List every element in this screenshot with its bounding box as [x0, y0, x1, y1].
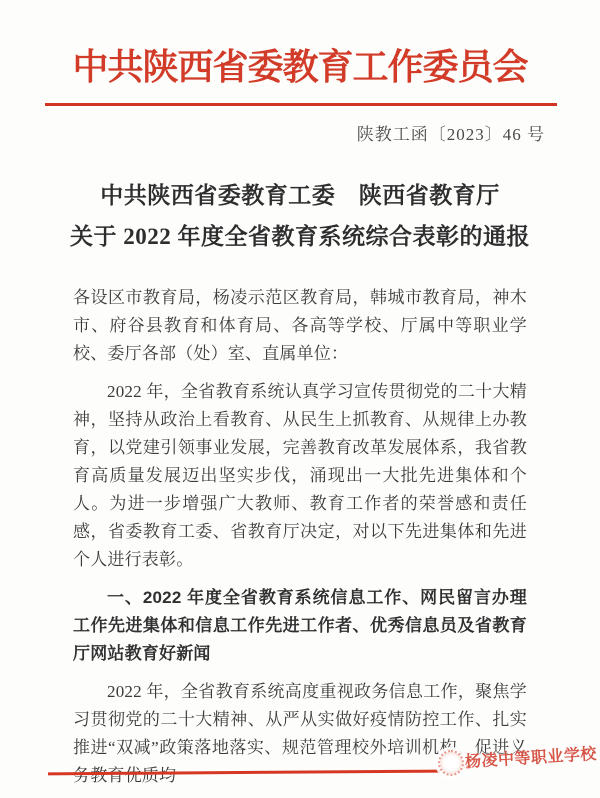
letterhead-divider [45, 103, 557, 106]
document-body: 各设区市教育局，杨凌示范区教育局，韩城市教育局，神木市、府谷县教育和体育局、各高… [0, 284, 600, 790]
section-heading: 一、2022 年度全省教育系统信息工作、网民留言办理工作先进集体和信息工作先进工… [73, 584, 527, 668]
document-title-line1: 中共陕西省委教育工委 陕西省教育厅 [0, 175, 600, 216]
letterhead-title: 中共陕西省委教育工作委员会 [0, 0, 600, 90]
document-title: 中共陕西省委教育工委 陕西省教育厅 关于 2022 年度全省教育系统综合表彰的通… [0, 175, 600, 257]
document-number: 陕教工函〔2023〕46 号 [0, 124, 545, 145]
document-title-line2: 关于 2022 年度全省教育系统综合表彰的通报 [0, 216, 600, 257]
school-seal-icon [438, 750, 464, 776]
salutation-paragraph: 各设区市教育局，杨凌示范区教育局，韩城市教育局，神木市、府谷县教育和体育局、各高… [73, 284, 527, 368]
document-page: 中共陕西省委教育工作委员会 陕教工函〔2023〕46 号 中共陕西省委教育工委 … [0, 0, 600, 798]
body-paragraph-1: 2022 年，全省教育系统认真学习宣传贯彻党的二十大精神，坚持从政治上看教育、从… [73, 378, 527, 574]
